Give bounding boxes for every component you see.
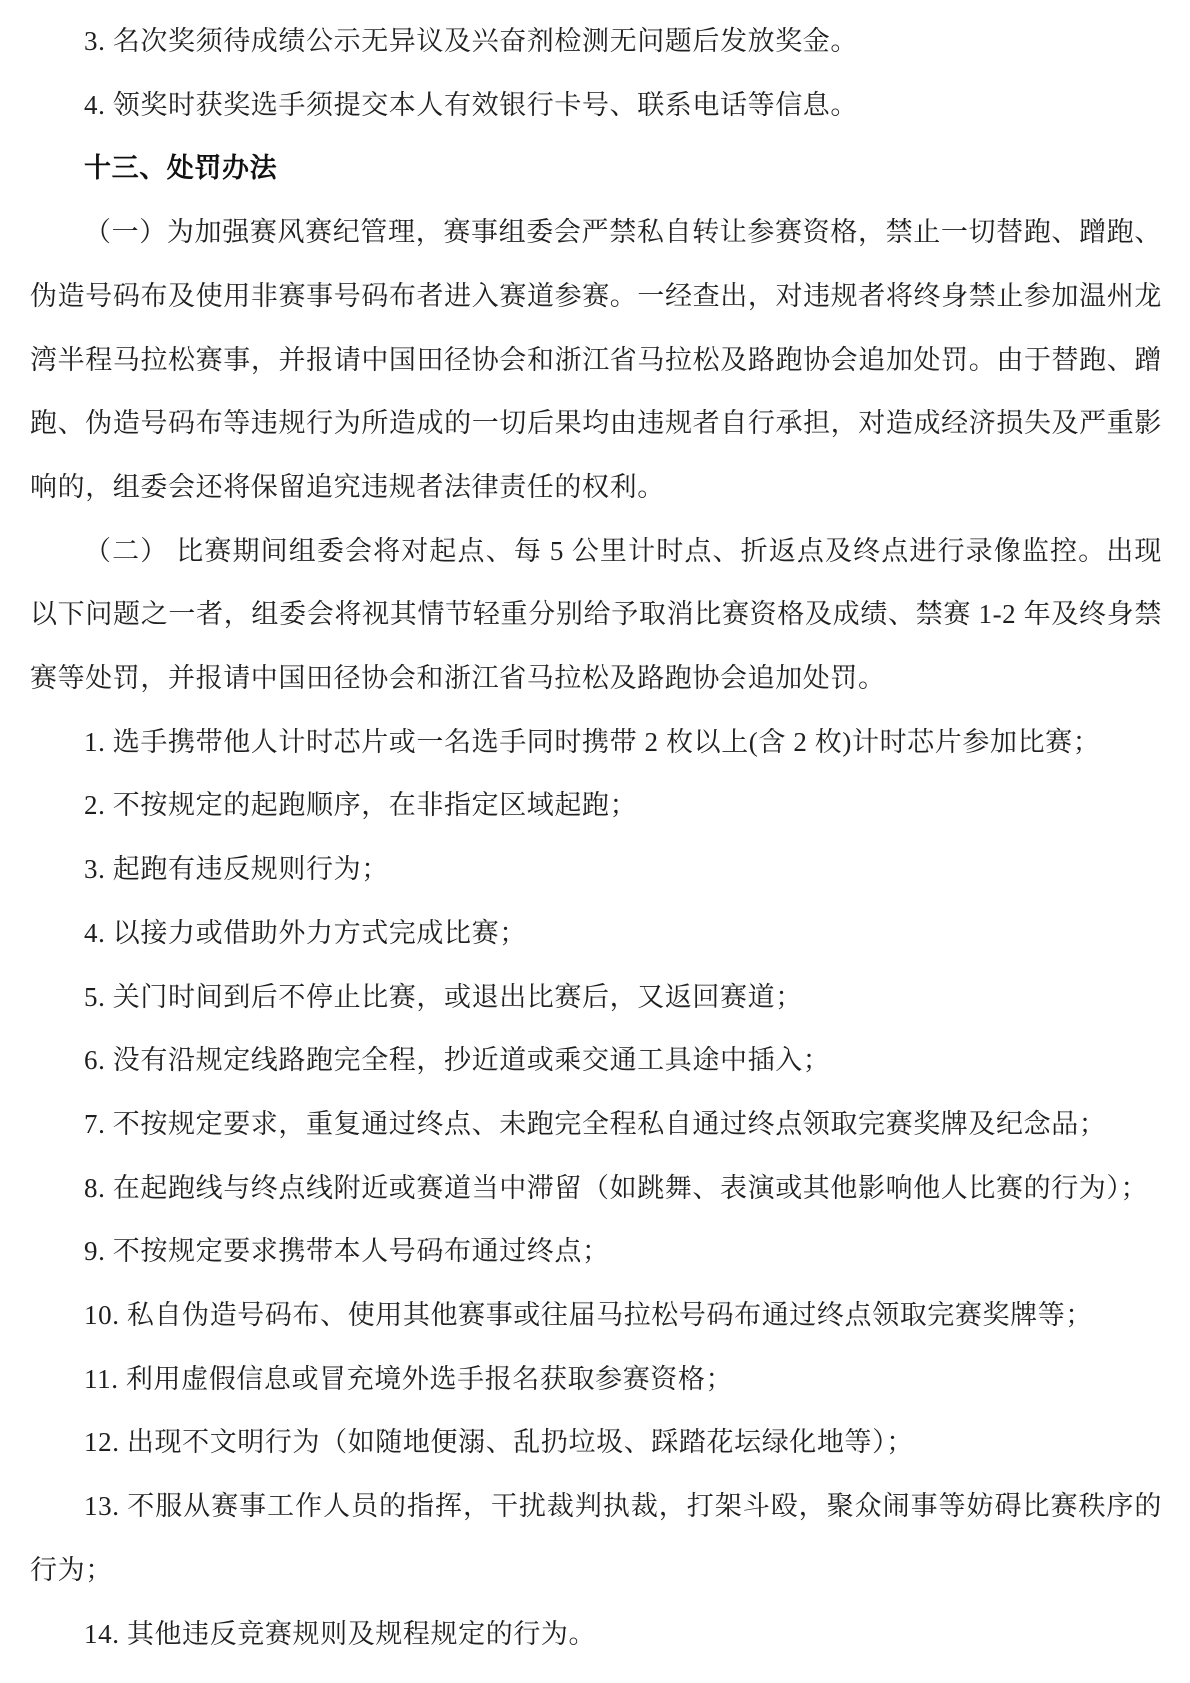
violation-item-6: 6. 没有沿规定线路跑完全程，抄近道或乘交通工具途中插入； — [30, 1029, 1162, 1093]
violation-item-5: 5. 关门时间到后不停止比赛，或退出比赛后，又返回赛道； — [30, 966, 1162, 1030]
penalty-paragraph-2: （二） 比赛期间组委会将对起点、每 5 公里计时点、折返点及终点进行录像监控。出… — [30, 520, 1162, 711]
violation-item-12: 12. 出现不文明行为（如随地便溺、乱扔垃圾、踩踏花坛绿化地等）； — [30, 1411, 1162, 1475]
section-heading: 十三、处罚办法 — [30, 137, 1162, 201]
violation-item-8: 8. 在起跑线与终点线附近或赛道当中滞留（如跳舞、表演或其他影响他人比赛的行为）… — [30, 1157, 1162, 1221]
violation-item-10: 10. 私自伪造号码布、使用其他赛事或往届马拉松号码布通过终点领取完赛奖牌等； — [30, 1284, 1162, 1348]
violation-item-9: 9. 不按规定要求携带本人号码布通过终点； — [30, 1220, 1162, 1284]
violation-item-3: 3. 起跑有违反规则行为； — [30, 838, 1162, 902]
penalty-paragraph-1: （一）为加强赛风赛纪管理，赛事组委会严禁私自转让参赛资格，禁止一切替跑、蹭跑、伪… — [30, 201, 1162, 520]
violation-item-2: 2. 不按规定的起跑顺序，在非指定区域起跑； — [30, 774, 1162, 838]
violation-item-7: 7. 不按规定要求，重复通过终点、未跑完全程私自通过终点领取完赛奖牌及纪念品； — [30, 1093, 1162, 1157]
prize-rule-item-3: 3. 名次奖须待成绩公示无异议及兴奋剂检测无问题后发放奖金。 — [30, 10, 1162, 74]
violation-item-4: 4. 以接力或借助外力方式完成比赛； — [30, 902, 1162, 966]
violation-item-14: 14. 其他违反竞赛规则及规程规定的行为。 — [30, 1603, 1162, 1667]
violation-item-13: 13. 不服从赛事工作人员的指挥，干扰裁判执裁，打架斗殴，聚众闹事等妨碍比赛秩序… — [30, 1475, 1162, 1602]
document-page: 3. 名次奖须待成绩公示无异议及兴奋剂检测无问题后发放奖金。 4. 领奖时获奖选… — [0, 0, 1190, 1683]
violation-item-1: 1. 选手携带他人计时芯片或一名选手同时携带 2 枚以上(含 2 枚)计时芯片参… — [30, 711, 1162, 775]
violation-item-11: 11. 利用虚假信息或冒充境外选手报名获取参赛资格； — [30, 1348, 1162, 1412]
prize-rule-item-4: 4. 领奖时获奖选手须提交本人有效银行卡号、联系电话等信息。 — [30, 74, 1162, 138]
